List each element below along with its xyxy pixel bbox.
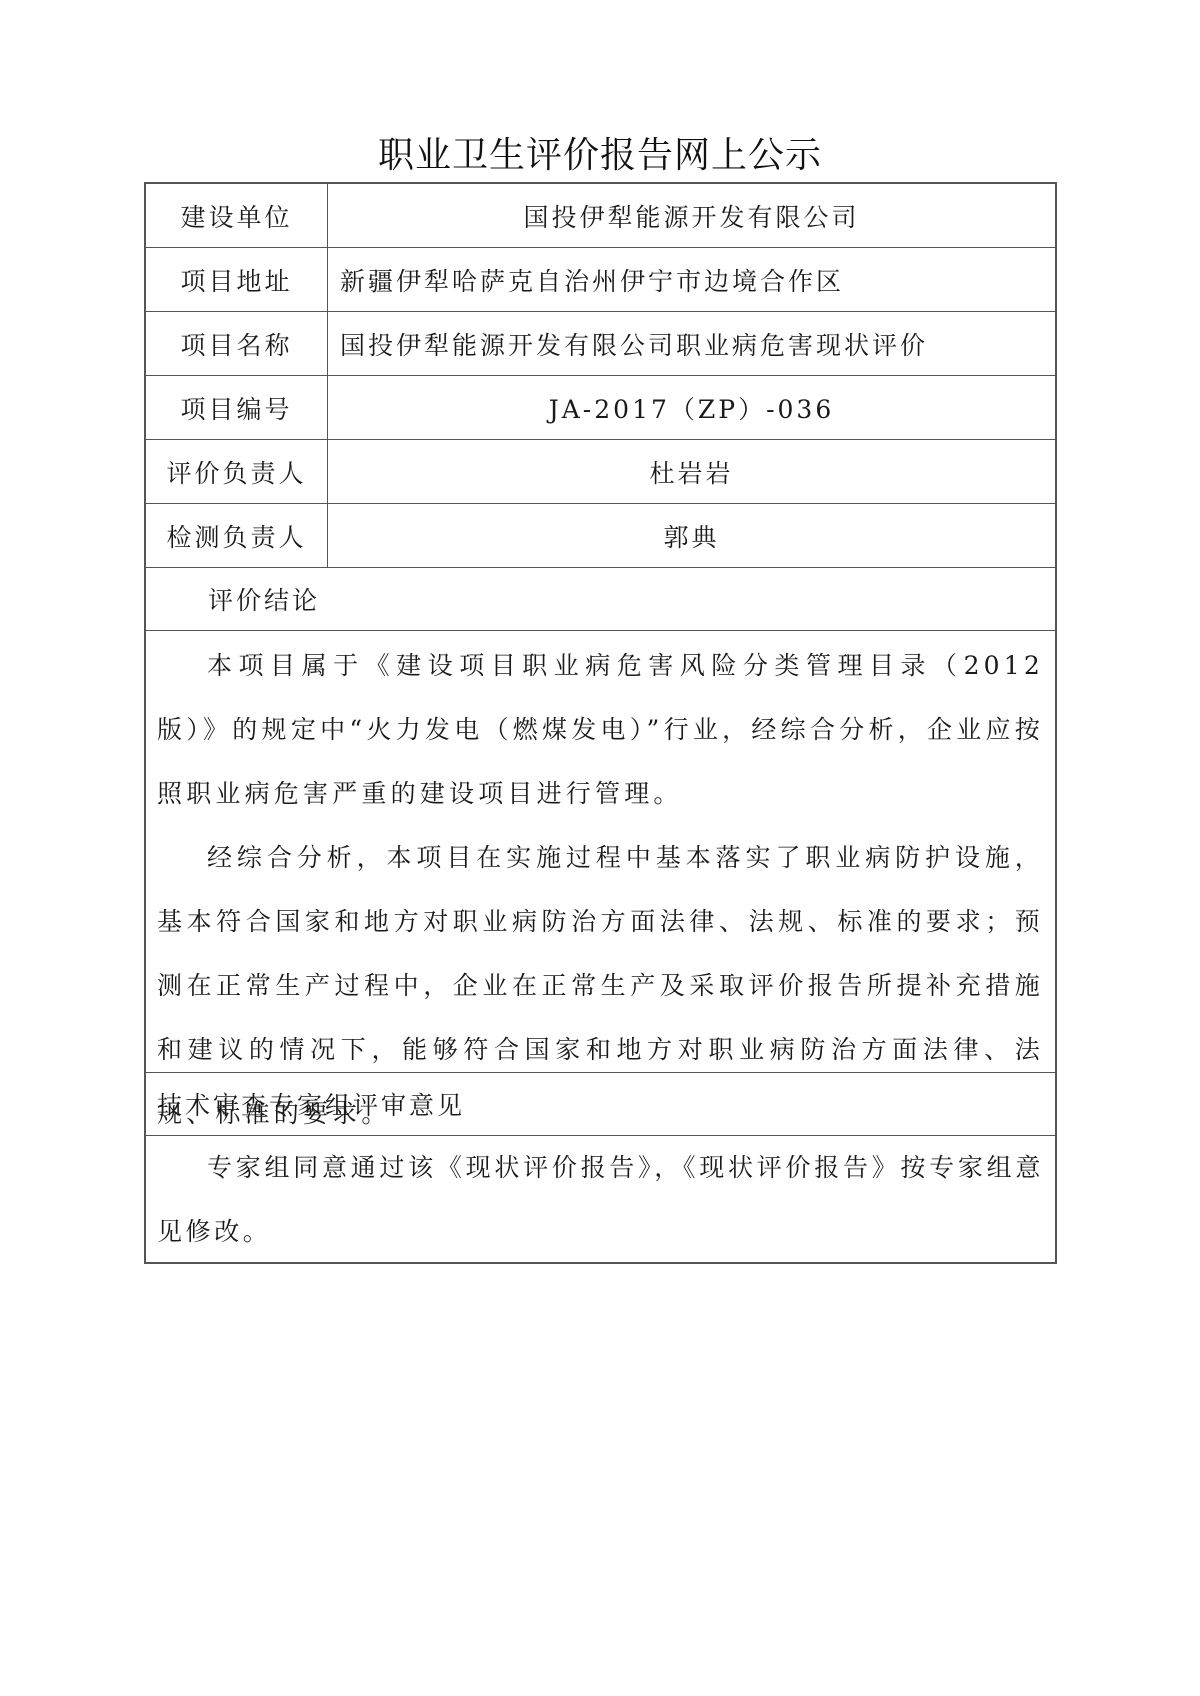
table-row-project-name: 项目名称 国投伊犁能源开发有限公司职业病危害现状评价: [146, 312, 1055, 376]
row-label: 项目编号: [146, 376, 328, 439]
table-row-evaluation-lead: 评价负责人 杜岩岩: [146, 440, 1055, 504]
row-value: JA-2017（ZP）-036: [328, 376, 1055, 439]
row-value: 杜岩岩: [328, 440, 1055, 503]
table-row-construction-unit: 建设单位 国投伊犁能源开发有限公司: [146, 184, 1055, 248]
expert-review-paragraph: 专家组同意通过该《现状评价报告》，《现状评价报告》按专家组意见修改。: [157, 1136, 1044, 1264]
row-value: 国投伊犁能源开发有限公司: [328, 184, 1055, 247]
row-value: 新疆伊犁哈萨克自治州伊宁市边境合作区: [328, 248, 1055, 311]
row-value: 国投伊犁能源开发有限公司职业病危害现状评价: [328, 312, 1055, 375]
conclusion-paragraph: 本项目属于《建设项目职业病危害风险分类管理目录（2012版）》的规定中“火力发电…: [157, 634, 1044, 826]
row-label: 项目名称: [146, 312, 328, 375]
row-value: 郭典: [328, 504, 1055, 567]
page-title: 职业卫生评价报告网上公示: [0, 134, 1200, 178]
table-row-testing-lead: 检测负责人 郭典: [146, 504, 1055, 568]
disclosure-table: 建设单位 国投伊犁能源开发有限公司 项目地址 新疆伊犁哈萨克自治州伊宁市边境合作…: [144, 182, 1057, 1264]
table-row-project-number: 项目编号 JA-2017（ZP）-036: [146, 376, 1055, 440]
row-label: 项目地址: [146, 248, 328, 311]
row-label: 建设单位: [146, 184, 328, 247]
expert-review-body: 专家组同意通过该《现状评价报告》，《现状评价报告》按专家组意见修改。: [146, 1136, 1055, 1262]
conclusion-body: 本项目属于《建设项目职业病危害风险分类管理目录（2012版）》的规定中“火力发电…: [146, 631, 1055, 1073]
row-label: 评价负责人: [146, 440, 328, 503]
conclusion-header: 评价结论: [146, 581, 320, 617]
expert-review-header: 技术审查专家组评审意见: [146, 1086, 465, 1122]
row-label: 检测负责人: [146, 504, 328, 567]
conclusion-header-row: 评价结论: [146, 568, 1055, 631]
table-row-project-address: 项目地址 新疆伊犁哈萨克自治州伊宁市边境合作区: [146, 248, 1055, 312]
